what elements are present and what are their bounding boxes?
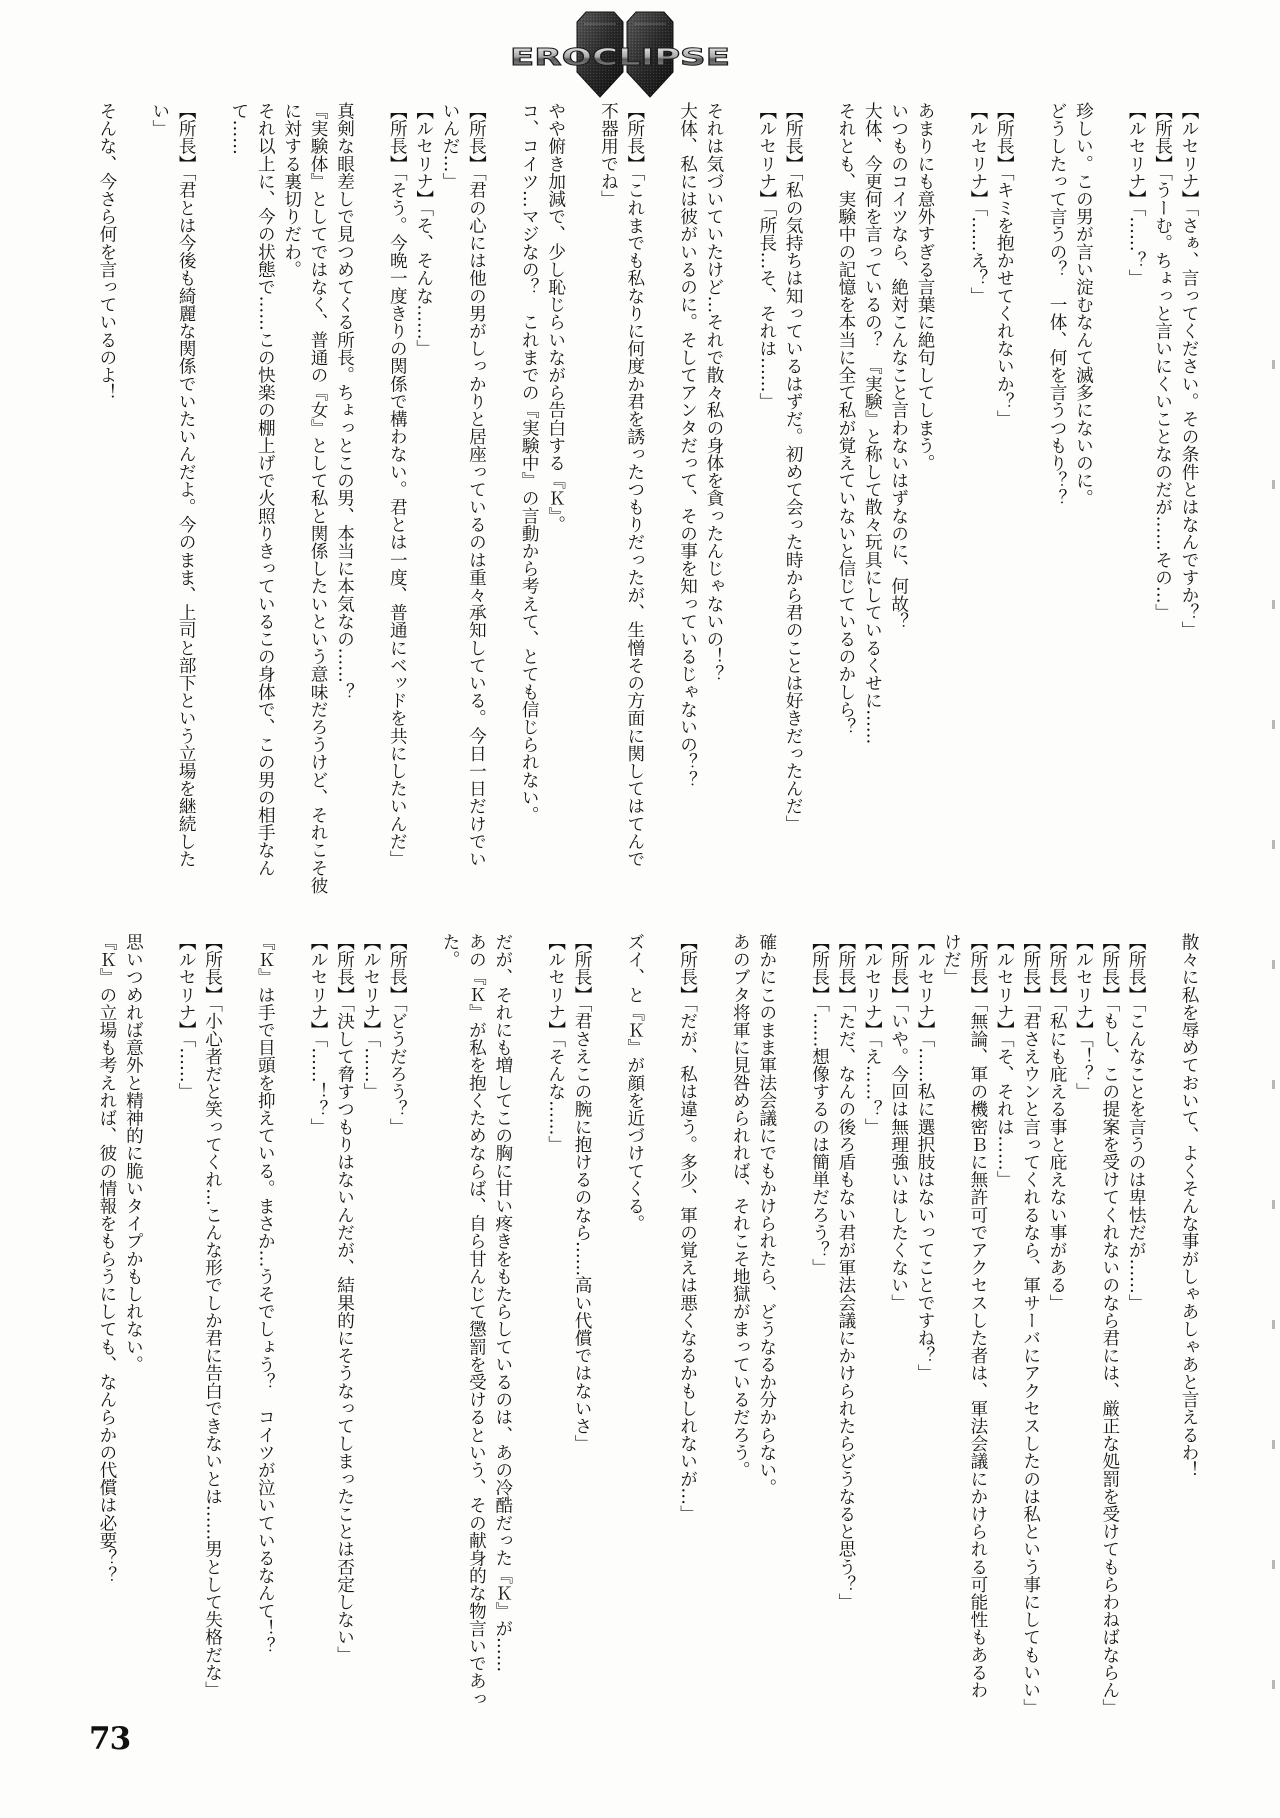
dialogue-line: 【ルセリナ】「……？」 [1123,102,1149,877]
blank-line [595,933,621,1708]
blank-line [701,933,727,1708]
wrapped-line-continuation: い」 [146,102,172,877]
narration-line: それとも、実験中の記憶を本当に全て私が覚えていないと信じているのかしら？ [833,102,859,877]
wrapped-line-continuation: に対する裏切りだわ。 [278,102,304,877]
dialogue-line: 【所長】「ただ、なんの後ろ盾もない君が軍法会議にかけられたらどうなると思う？」 [833,933,859,1708]
dialogue-line: 【ルセリナ】「さぁ、言ってください。その条件とはなんですか？」 [1176,102,1202,877]
narration-line: 思いつめれば意外と精神的に脆いタイプかもしれない。 [120,933,146,1708]
upper-text-tier: 【ルセリナ】「さぁ、言ってください。その条件とはなんですか？」 【所長】「うーむ… [93,102,1202,877]
narration-line: あまりにも意外すぎる言葉に絶句してしまう。 [912,102,938,877]
dialogue-line: 【ルセリナ】「そんな……」 [542,933,568,1708]
blank-line [648,933,674,1708]
narration-line: ズイ、と『Ｋ』が顔を近づけてくる。 [621,933,647,1708]
wrapped-line-continuation: けだ」 [938,933,964,1708]
dialogue-line: 【所長】「……想像するのは簡単だろう？」 [806,933,832,1708]
blank-line [358,102,384,877]
narration-line: 『Ｋ』は手で目頭を抑えている。まさか…うそでしょう？ コイツが泣いているなんて！… [252,933,278,1708]
dialogue-line: 【所長】「君とは今後も綺麗な関係でいたいんだよ。今のまま、上司と部下という立場を… [173,102,199,877]
blank-line [489,102,515,877]
dialogue-line: 【ルセリナ】「そ、そんな……」 [410,102,436,877]
narration-line: 珍しい。この男が言い淀むなんて滅多にないのに。 [1070,102,1096,877]
dialogue-line: 【ルセリナ】「！？」 [1070,933,1096,1708]
blank-line [938,102,964,877]
wrapped-line-continuation: た。 [437,933,463,1708]
wrapped-line-continuation: いんだ…」 [437,102,463,877]
narration-line: あのブタ将軍に見咎められれば、それこそ地獄がまっているだろう。 [727,933,753,1708]
blank-line [569,102,595,877]
narration-line: どうしたって言うの？ 一体、何を言うつもり？？ [1044,102,1070,877]
lower-text-tier: 散々に私を辱めておいて、よくそんな事がしゃあしゃあと言えるわ！ 【所長】「こんな… [93,933,1202,1708]
narration-line: 大体、今更何を言っているの？ 『実験』と称して散々玩具にしているくせに…… [859,102,885,877]
dialogue-line: 【所長】「だが、私は違う。多少、軍の覚えは悪くなるかもしれないが…」 [674,933,700,1708]
blank-line [226,933,252,1708]
narration-line: コ、コイツ…マジなの？ これまでの『実験中』の言動から考えて、とても信じられない… [516,102,542,877]
blank-line [146,933,172,1708]
blank-line [780,933,806,1708]
narration-line: 大体、私には彼がいるのに。そしてアンタだって、その事を知っているじゃないの？？ [674,102,700,877]
dialogue-line: 【所長】「もし、この提案を受けてくれないのなら君には、厳正な処罰を受けてもらわね… [1096,933,1122,1708]
blank-line [199,102,225,877]
narration-line: 確かにこのまま軍法会議にでもかけられたら、どうなるか分からない。 [753,933,779,1708]
dialogue-line: 【所長】「決して脅すつもりはないんだが、結果的にそうなってしまったことは否定しな… [331,933,357,1708]
dialogue-line: 【所長】「キミを抱かせてくれないか？」 [991,102,1017,877]
narration-line: 散々に私を辱めておいて、よくそんな事がしゃあしゃあと言えるわ！ [1176,933,1202,1708]
logo-wordmark: EROCLIPSE [510,45,730,71]
narration-line: 『Ｋ』の立場も考えれば、彼の情報をもらうにしても、なんらかの代償は必要？？ [94,933,120,1708]
narration-line: やや俯き加減で、少し恥じらいながら告白する『Ｋ』。 [542,102,568,877]
narration-line: 『実験体』としてではなく、普通の『女』として私と関係したいという意味だろうけど、… [305,102,331,877]
dialogue-line: 【所長】「これまでも私なりに何度か君を誘ったつもりだったが、生憎その方面に関して… [621,102,647,877]
dialogue-line: 【ルセリナ】「そ、それは……」 [991,933,1017,1708]
narration-line: あの『Ｋ』が私を抱くためならば、自ら甘んじて懲罰を受けるという、その献身的な物言… [463,933,489,1708]
blank-line [727,102,753,877]
dialogue-line: 【所長】「いや。今回は無理強いはしたくない」 [885,933,911,1708]
dialogue-line: 【所長】「君さえこの腕に抱けるのなら……高い代償ではないさ」 [569,933,595,1708]
narration-line: 真剣な眼差しで見つめてくる所長。ちょっとこの男、本当に本気なの……？ [331,102,357,877]
dialogue-line: 【所長】「そう。今晩一度きりの関係で構わない。君とは一度、普通にベッドを共にした… [384,102,410,877]
blank-line [1017,102,1043,877]
dialogue-line: 【所長】「こんなことを言うのは卑怯だが……」 [1123,933,1149,1708]
dialogue-line: 【所長】「君の心には他の男がしっかりと居座っているのは重々承知している。今日一日… [463,102,489,877]
blank-line [648,102,674,877]
dialogue-line: 【所長】「私にも庇える事と庇えない事がある」 [1044,933,1070,1708]
dialogue-line: 【所長】「うーむ。ちょっと言いにくいことなのだが……その…」 [1149,102,1175,877]
dialogue-line: 【所長】「君さえウンと言ってくれるなら、軍サーバにアクセスしたのは私という事にし… [1017,933,1043,1708]
dialogue-line: 【ルセリナ】「所長…そ、それは……」 [753,102,779,877]
dialogue-line: 【所長】「私の気持ちは知っているはずだ。初めて会った時から君のことは好きだったん… [780,102,806,877]
dialogue-line: 【所長】「どうだろう？」 [384,933,410,1708]
dialogue-line: 【ルセリナ】「……！？」 [305,933,331,1708]
wrapped-line-continuation: て…… [226,102,252,877]
narration-line: そんな、今さら何を言っているのよ！ [94,102,120,877]
wrapped-line-continuation: 不器用でね」 [595,102,621,877]
blank-line [516,933,542,1708]
blank-line [1096,102,1122,877]
scan-edge-artifact [1272,360,1275,1720]
dialogue-line: 【ルセリナ】「……」 [358,933,384,1708]
dialogue-line: 【所長】「無論、軍の機密Ｂに無許可でアクセスした者は、軍法会議にかけられる可能性… [964,933,990,1708]
narration-line: それは気づいていたけど…それで散々私の身体を貪ったんじゃないの！？ [701,102,727,877]
dialogue-line: 【ルセリナ】「……私に選択肢はないってことですね？」 [912,933,938,1708]
blank-line [410,933,436,1708]
series-logo: II EROCLIPSE [500,10,740,105]
blank-line [806,102,832,877]
narration-line: いつものコイツなら、絶対こんなこと言わないはずなのに、何故？ [885,102,911,877]
blank-line [278,933,304,1708]
book-page: II EROCLIPSE 【ルセリナ】「さぁ、言ってください。その条件とはなんで… [0,0,1280,1818]
narration-line: それ以上に、今の状態で……この快楽の棚上げで火照りきっているこの身体で、この男の… [252,102,278,877]
dialogue-line: 【ルセリナ】「……え？」 [964,102,990,877]
page-number: 73 [89,1722,130,1756]
narration-line: だが、それにも増してこの胸に甘い疼きをもたらしているのは、あの冷酷だった『Ｋ』が… [489,933,515,1708]
dialogue-line: 【所長】「小心者だと笑ってくれ…こんな形でしか君に告白できないとは……男として失… [199,933,225,1708]
dialogue-line: 【ルセリナ】「……」 [173,933,199,1708]
blank-line [1149,933,1175,1708]
blank-line [120,102,146,877]
dialogue-line: 【ルセリナ】「え……？」 [859,933,885,1708]
